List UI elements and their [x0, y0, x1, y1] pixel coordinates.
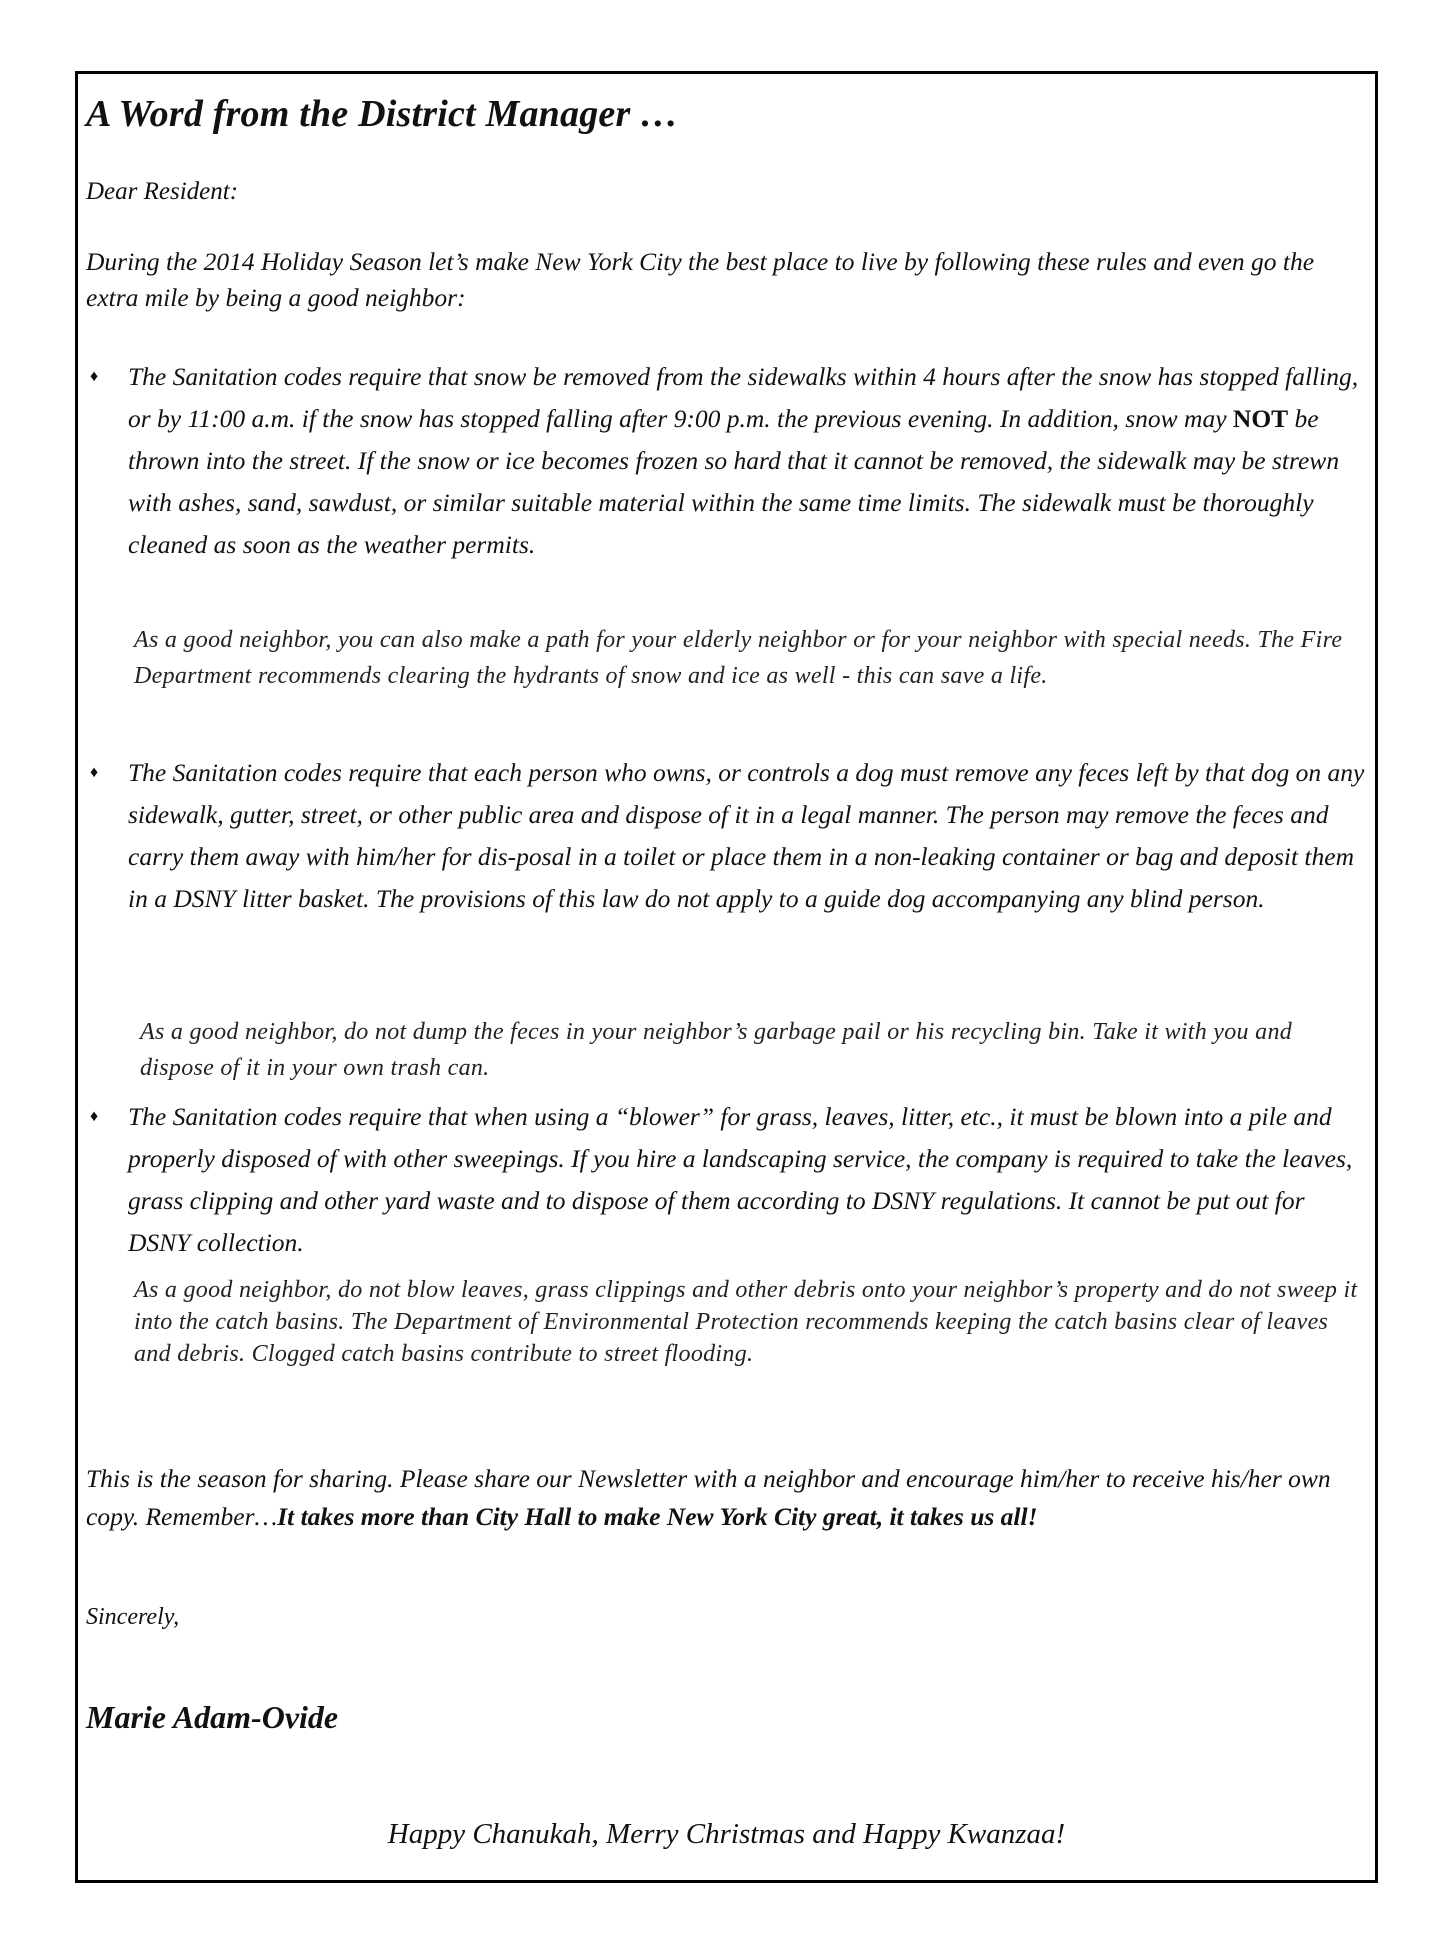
- rule-snow-removal: ♦ The Sanitation codes require that snow…: [86, 356, 1366, 566]
- diamond-bullet-icon: ♦: [90, 1096, 98, 1138]
- rule-dog-waste: ♦ The Sanitation codes require that each…: [86, 752, 1366, 920]
- greeting: Dear Resident:: [86, 178, 238, 206]
- rule-text: The Sanitation codes require that each p…: [128, 758, 1364, 913]
- good-neighbor-note-leaves: As a good neighbor, do not blow leaves, …: [134, 1274, 1364, 1370]
- rule-leaf-blower: ♦ The Sanitation codes require that when…: [86, 1096, 1366, 1264]
- holiday-greeting: Happy Chanukah, Merry Christmas and Happ…: [78, 1818, 1375, 1851]
- rule-text-part1: The Sanitation codes require that snow b…: [128, 362, 1358, 433]
- signature: Marie Adam-Ovide: [86, 1699, 338, 1736]
- closing-emphasis: It takes more than City Hall to make New…: [277, 1502, 1037, 1531]
- intro-paragraph: During the 2014 Holiday Season let’s mak…: [86, 244, 1356, 316]
- letter-title: A Word from the District Manager …: [86, 92, 678, 136]
- rule-text: The Sanitation codes require that when u…: [128, 1102, 1352, 1257]
- good-neighbor-note-snow: As a good neighbor, you can also make a …: [134, 622, 1364, 694]
- rule-emphasis: NOT: [1233, 404, 1288, 433]
- sign-off: Sincerely,: [86, 1604, 179, 1631]
- letter-frame: A Word from the District Manager … Dear …: [75, 71, 1378, 1883]
- closing-paragraph: This is the season for sharing. Please s…: [86, 1460, 1346, 1536]
- good-neighbor-note-dog: As a good neighbor, do not dump the fece…: [140, 1014, 1360, 1086]
- diamond-bullet-icon: ♦: [90, 356, 98, 398]
- diamond-bullet-icon: ♦: [90, 752, 98, 794]
